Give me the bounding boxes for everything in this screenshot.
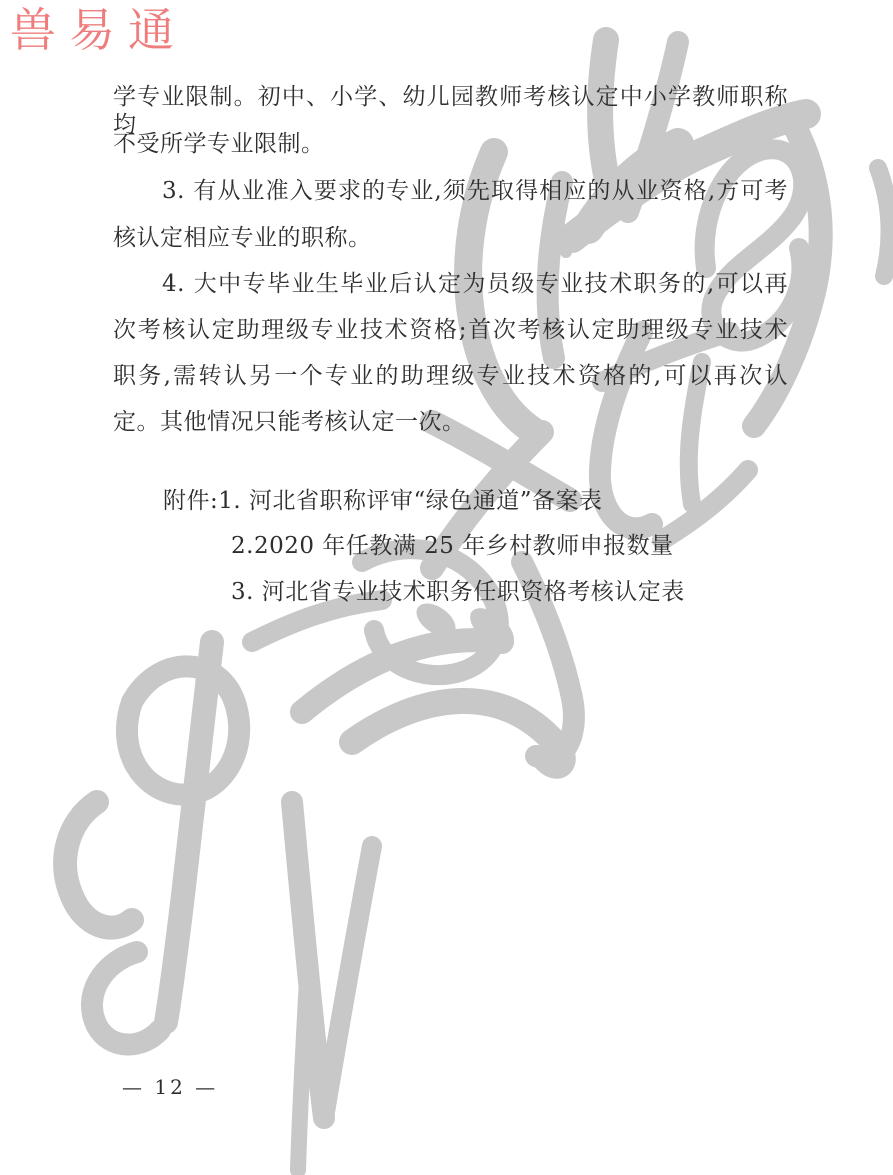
watermark-stroke bbox=[127, 666, 239, 794]
doc-line-8: 定。其他情况只能考核认定一次。 bbox=[113, 408, 466, 436]
watermark-dot bbox=[560, 246, 572, 258]
doc-line-2: 不受所学专业限制。 bbox=[113, 130, 325, 158]
doc-line-4: 核认定相应专业的职称。 bbox=[113, 224, 372, 252]
page-number: — 12 — bbox=[122, 1074, 218, 1100]
watermark-stroke bbox=[65, 802, 132, 928]
attachment-line-1: 附件:1. 河北省职称评审“绿色通道”备案表 bbox=[163, 487, 603, 515]
doc-line-6: 次考核认定助理级专业技术资格;首次考核认定助理级专业技术 bbox=[113, 316, 788, 344]
watermark-stroke bbox=[252, 600, 382, 642]
attachment-line-2: 2.2020 年任教满 25 年乡村教师申报数量 bbox=[231, 532, 674, 560]
watermark-stroke bbox=[298, 962, 308, 1170]
doc-line-3: 3. 有从业准入要求的专业,须先取得相应的从业资格,方可考 bbox=[162, 177, 788, 205]
doc-line-7: 职务,需转认另一个专业的助理级专业技术资格的,可以再次认 bbox=[113, 362, 788, 390]
watermark-stroke bbox=[166, 642, 212, 1022]
watermark-stroke bbox=[324, 846, 372, 1118]
attachment-line-3: 3. 河北省专业技术职务任职资格考核认定表 bbox=[231, 578, 685, 606]
doc-line-5: 4. 大中专毕业生毕业后认定为员级专业技术职务的,可以再 bbox=[162, 270, 788, 298]
site-logo-watermark: 兽易通 bbox=[10, 2, 187, 58]
watermark-stroke bbox=[92, 952, 160, 1045]
watermark-stroke bbox=[878, 168, 890, 276]
watermark-stroke bbox=[662, 470, 748, 540]
document-page: 兽易通 学专业限制。初中、小学、幼儿园教师考核认定中小学教师职称均 不受所学专业… bbox=[0, 0, 893, 1175]
